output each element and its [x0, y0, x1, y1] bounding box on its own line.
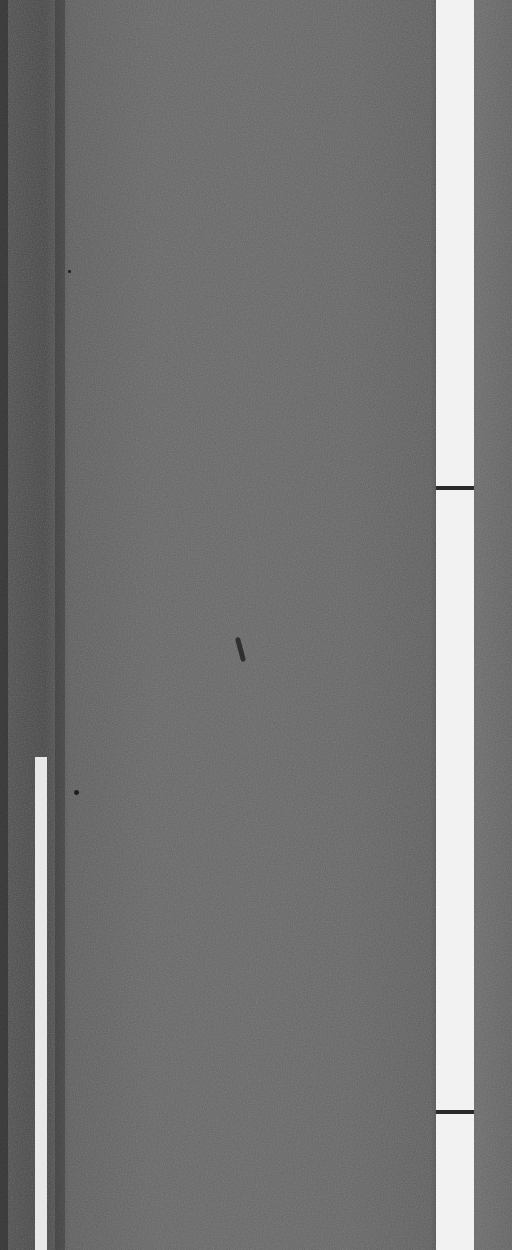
debris-spot: [74, 790, 79, 795]
debris-spot: [68, 270, 71, 273]
right-lane-marking-segment: [436, 1114, 474, 1250]
road-surface: [0, 0, 512, 1250]
left-lane-marking: [35, 757, 47, 1250]
shoulder-seam: [55, 0, 65, 1250]
road-edge: [0, 0, 8, 1250]
right-lane-marking-segment: [436, 0, 474, 486]
right-lane-marking-segment: [436, 490, 474, 1110]
